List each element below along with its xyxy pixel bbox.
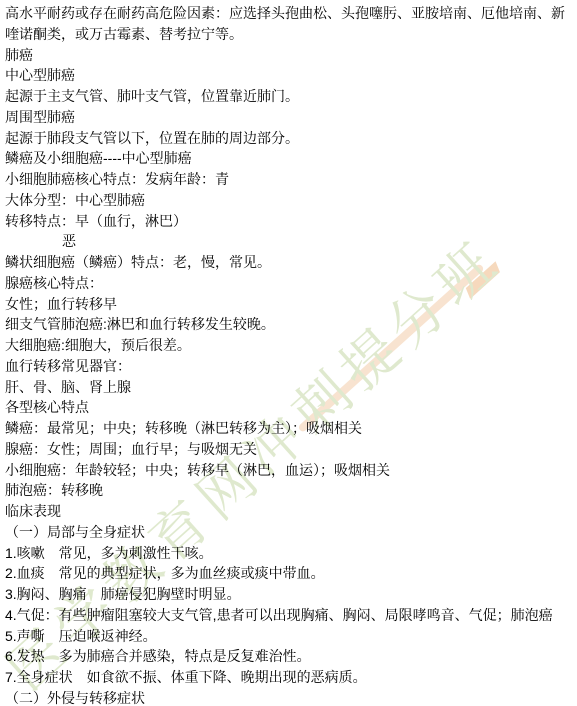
text-line: （二）外侵与转移症状 — [5, 688, 575, 706]
text-line: 大细胞癌:细胞大，预后很差。 — [5, 335, 575, 356]
text-line: 1.咳嗽 常见，多为刺激性干咳。 — [5, 543, 575, 564]
text-line: 小细胞癌：年龄较轻；中央；转移早（淋巴，血运）；吸烟相关 — [5, 460, 575, 481]
text-line: 腺癌：女性；周围；血行早；与吸烟无关 — [5, 439, 575, 460]
text-line: 7.全身症状 如食欲不振、体重下降、晚期出现的恶病质。 — [5, 667, 575, 688]
text-line: 2.血痰 常见的典型症状，多为血丝痰或痰中带血。 — [5, 563, 575, 584]
text-line: （一）局部与全身症状 — [5, 522, 575, 543]
text-line: 起源于主支气管、肺叶支气管，位置靠近肺门。 — [5, 86, 575, 107]
text-line: 肺癌 — [5, 45, 575, 66]
text-line: 高水平耐药或存在耐药高危险因素：应选择头孢曲松、头孢噻肟、亚胺培南、厄他培南、新 — [5, 3, 575, 24]
text-line: 肺泡癌：转移晚 — [5, 480, 575, 501]
document-lines: 高水平耐药或存在耐药高危险因素：应选择头孢曲松、头孢噻肟、亚胺培南、厄他培南、新… — [0, 0, 577, 706]
text-line: 转移特点：早（血行，淋巴） — [5, 211, 575, 232]
document-page: 医学教育网冲刺提分班 高水平耐药或存在耐药高危险因素：应选择头孢曲松、头孢噻肟、… — [0, 0, 577, 706]
text-line: 各型核心特点 — [5, 397, 575, 418]
text-line: 肝、骨、脑、肾上腺 — [5, 377, 575, 398]
text-line: 6.发热 多为肺癌合并感染，特点是反复难治性。 — [5, 646, 575, 667]
text-line: 女性；血行转移早 — [5, 294, 575, 315]
text-line: 3.胸闷、胸痛 肺癌侵犯胸壁时明显。 — [5, 584, 575, 605]
text-line: 大体分型：中心型肺癌 — [5, 190, 575, 211]
text-line: 临床表现 — [5, 501, 575, 522]
text-line: 喹诺酮类，或万古霉素、替考拉宁等。 — [5, 24, 575, 45]
text-line: 起源于肺段支气管以下，位置在肺的周边部分。 — [5, 128, 575, 149]
text-line: 血行转移常见器官： — [5, 356, 575, 377]
text-line: 5.声嘶 压迫喉返神经。 — [5, 626, 575, 647]
text-line: 小细胞肺癌核心特点：发病年龄：青 — [5, 169, 575, 190]
text-line: 细支气管肺泡癌:淋巴和血行转移发生较晚。 — [5, 314, 575, 335]
text-line: 鳞癌及小细胞癌----中心型肺癌 — [5, 148, 575, 169]
text-line: 鳞状细胞癌（鳞癌）特点：老，慢，常见。 — [5, 252, 575, 273]
text-line: 鳞癌：最常见；中央；转移晚（淋巴转移为主）；吸烟相关 — [5, 418, 575, 439]
text-line: 4.气促：有些肿瘤阻塞较大支气管,患者可以出现胸痛、胸闷、局限哮鸣音、气促；肺泡… — [5, 605, 575, 626]
text-line: 周围型肺癌 — [5, 107, 575, 128]
text-line: 中心型肺癌 — [5, 65, 575, 86]
text-line: 恶 — [5, 231, 575, 252]
text-line: 腺癌核心特点： — [5, 273, 575, 294]
